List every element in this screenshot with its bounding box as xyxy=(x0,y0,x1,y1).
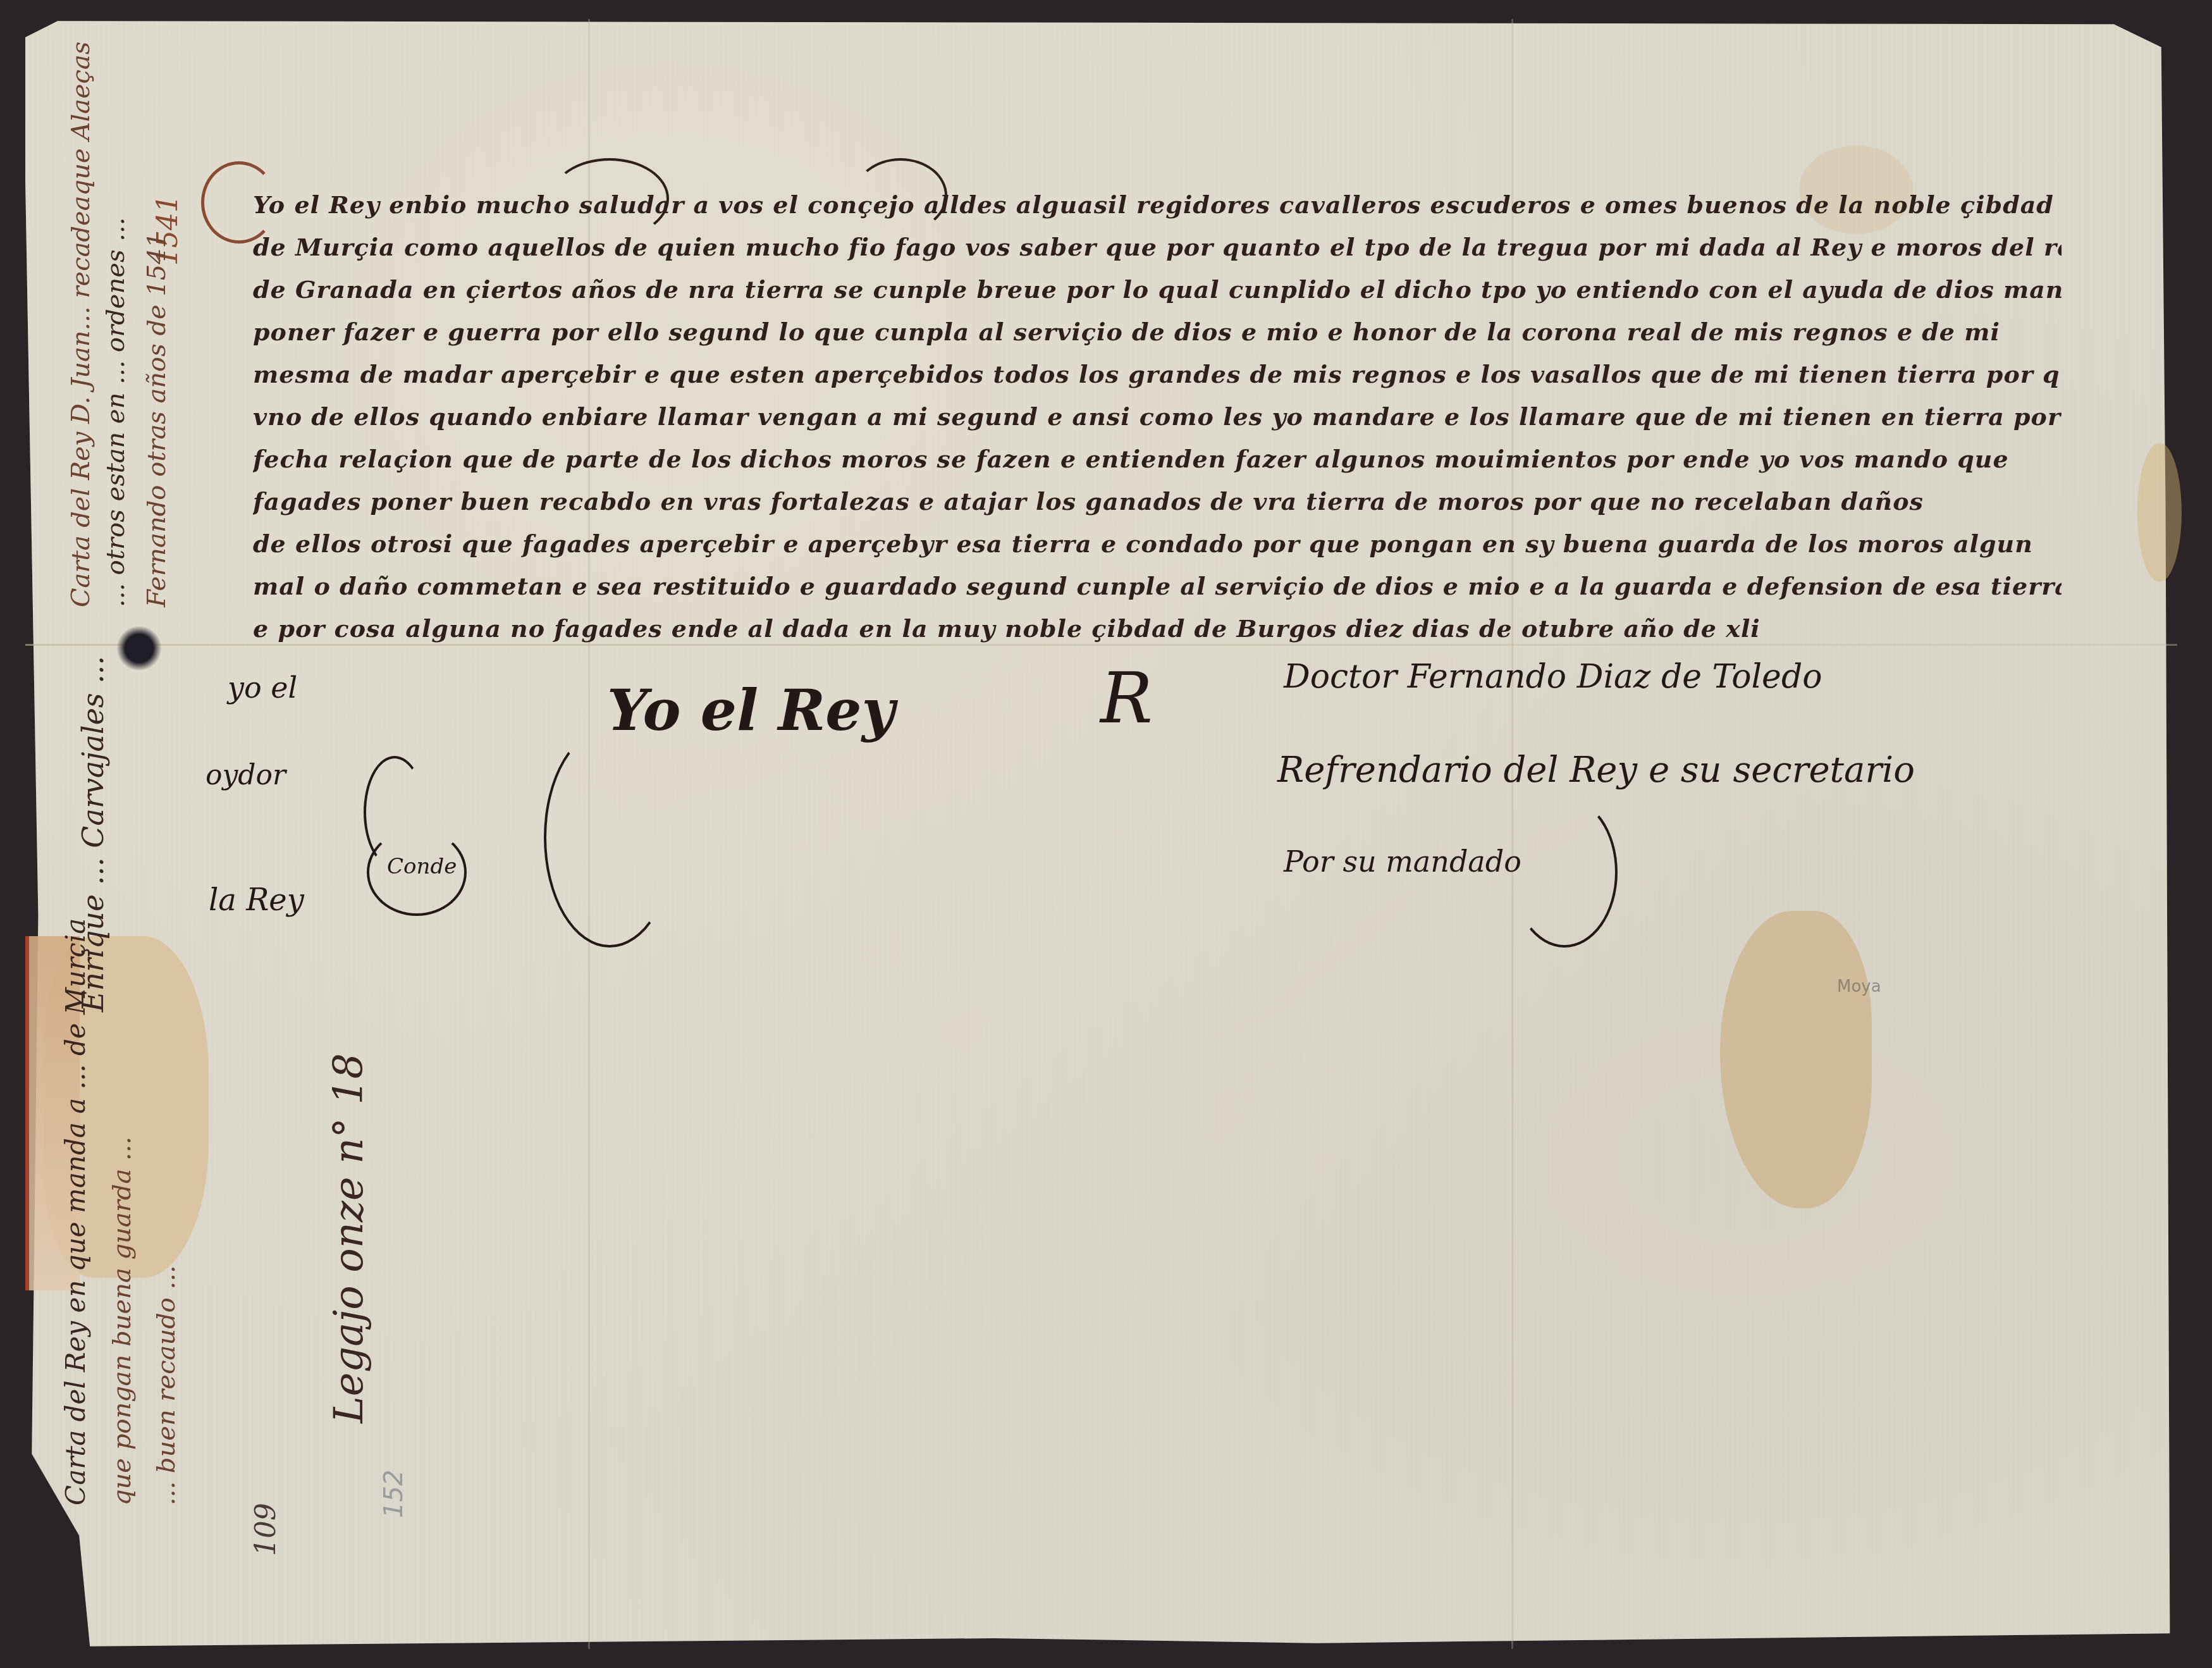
letter-body: Yo el Rey enbio mucho saludar a vos el c… xyxy=(253,183,2061,650)
margin-note-bottom-2: que pongan buena guarda ... xyxy=(108,1137,137,1505)
body-line-3: de Granada en çiertos años de nra tierra… xyxy=(253,268,2061,311)
faint-pencil-note: Moya xyxy=(1837,977,1881,996)
left-sig-line-2: oydor xyxy=(206,759,286,791)
king-rubric: R xyxy=(1100,658,1153,739)
margin-note-bottom-3: ... buen recaudo ... xyxy=(152,1265,181,1505)
body-line-4: poner fazer e guerra por ello segund lo … xyxy=(253,311,2061,353)
por-su-mandado: Por su mandado xyxy=(1284,844,1521,879)
margin-note-bottom-4: Enrique ... Carvajales ... xyxy=(76,656,110,1012)
body-line-8: fagades poner buen recabdo en vras forta… xyxy=(253,480,2061,522)
king-signature: Yo el Rey xyxy=(607,677,895,744)
left-sig-line-3: la Rey xyxy=(209,882,304,918)
secretary-title: Refrendario del Rey e su secretario xyxy=(1277,750,1915,791)
body-line-7: fecha relaçion que de parte de los dicho… xyxy=(253,438,2061,480)
ink-blot xyxy=(117,626,161,670)
margin-note-top-1: Carta del Rey D. Juan... recadeaque Alae… xyxy=(66,42,95,607)
body-line-2: de Murçia como aquellos de quien mucho f… xyxy=(253,226,2061,268)
stain-right-edge xyxy=(2137,443,2182,582)
body-line-10: mal o daño commetan e sea restituido e g… xyxy=(253,565,2061,607)
left-sig-line-1: yo el xyxy=(228,670,297,705)
body-line-11: e por cosa alguna no fagades ende al dad… xyxy=(253,607,2061,650)
king-signature-flourish xyxy=(544,727,675,948)
secretary-rubric-flourish xyxy=(1511,797,1618,948)
margin-note-top-2: ... otros estan en ... ordenes ... xyxy=(101,218,130,607)
margin-note-top-3: Fernando otras años de 1541 xyxy=(142,232,171,607)
rubric-flourish xyxy=(364,756,426,868)
catalog-number: 109 xyxy=(250,1503,282,1556)
legajo-label: Legajo onze n° 18 xyxy=(326,1053,372,1423)
document-scan: Yo el Rey enbio mucho saludar a vos el c… xyxy=(0,0,2212,1668)
body-line-5: mesma de madar aperçebir e que esten ape… xyxy=(253,353,2061,395)
body-line-6: vno de ellos quando enbiare llamar venga… xyxy=(253,395,2061,438)
secretary-name: Doctor Fernando Diaz de Toledo xyxy=(1284,658,1822,696)
body-line-9: de ellos otrosi que fagades aperçebir e … xyxy=(253,522,2061,565)
pencil-number: 152 xyxy=(379,1470,409,1518)
body-line-1: Yo el Rey enbio mucho saludar a vos el c… xyxy=(253,183,2061,226)
